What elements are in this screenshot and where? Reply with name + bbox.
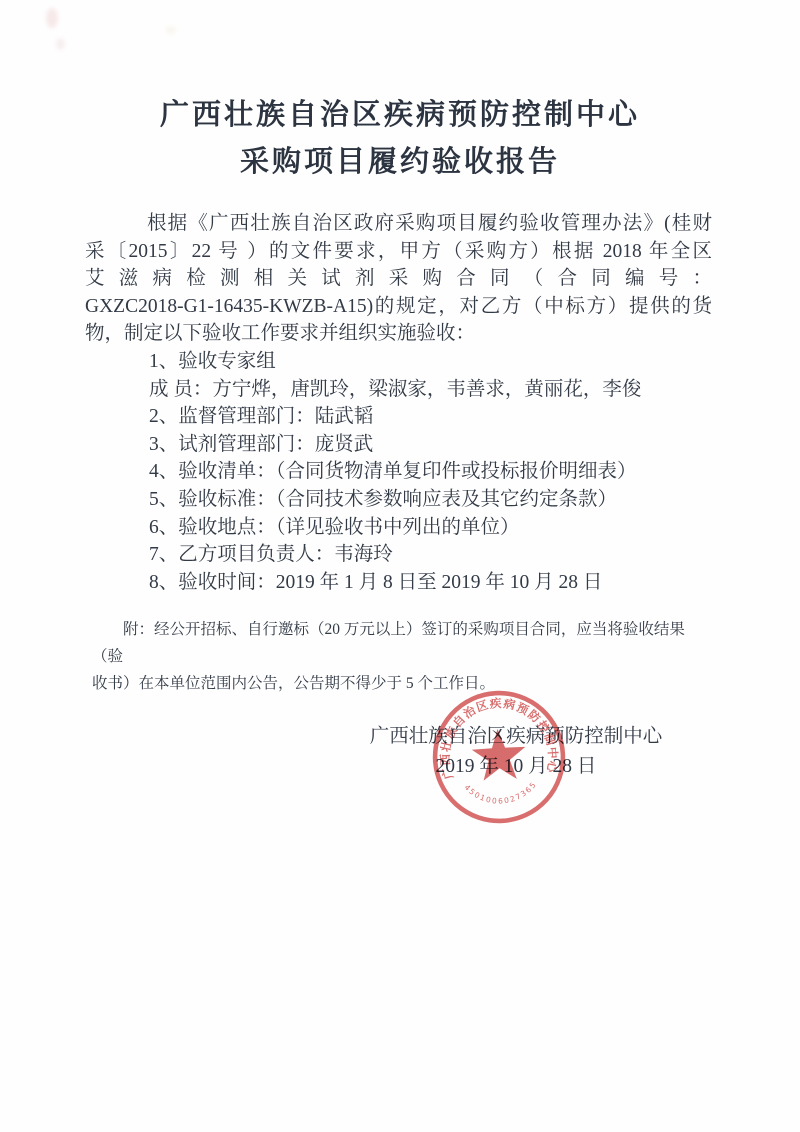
seal-serial-text-path: 4501006027365 bbox=[462, 779, 539, 807]
paragraph-line: GXZC2018-G1-16435-KWZB-A15)的规定，对乙方（中标方）提… bbox=[85, 293, 712, 321]
list-item-acceptance-standard: 5、验收标准：（合同技术参数响应表及其它约定条款） bbox=[85, 486, 712, 514]
official-seal: 广西壮族自治区疾病预防控制中心 4501006027365 bbox=[412, 670, 586, 844]
note-line: 收书）在本单位范围内公告，公告期不得少于 5 个工作日。 bbox=[92, 670, 712, 697]
list-item-members: 成 员：方宁烨，唐凯玲，梁淑家，韦善求，黄丽花，李俊 bbox=[85, 376, 712, 404]
seal-serial-number: 4501006027365 bbox=[462, 779, 539, 807]
note-line: 附：经公开招标、自行邀标（20 万元以上）签订的采购项目合同，应当将验收结果（验 bbox=[92, 616, 712, 670]
list-item-supervision-dept: 2、监督管理部门：陆武韬 bbox=[85, 403, 712, 431]
paragraph-line: 采〔2015〕22 号 ）的文件要求，甲方（采购方）根据 2018 年全区 bbox=[85, 238, 712, 266]
scan-stain-mark bbox=[166, 26, 176, 34]
title-line-1: 广西壮族自治区疾病预防控制中心 bbox=[0, 92, 800, 139]
list-item-acceptance-place: 6、验收地点：（详见验收书中列出的单位） bbox=[85, 514, 712, 542]
paragraph-line: 物，制定以下验收工作要求并组织实施验收： bbox=[85, 320, 712, 348]
paragraph-line: 根据《广西壮族自治区政府采购项目履约验收管理办法》(桂财 bbox=[85, 210, 712, 238]
document-body: 根据《广西壮族自治区政府采购项目履约验收管理办法》(桂财 采〔2015〕22 号… bbox=[85, 210, 712, 596]
scan-stain-mark bbox=[46, 8, 58, 28]
document-title: 广西壮族自治区疾病预防控制中心 采购项目履约验收报告 bbox=[0, 0, 800, 186]
list-item-expert-group: 1、验收专家组 bbox=[85, 348, 712, 376]
list-item-reagent-dept: 3、试剂管理部门：庞贤武 bbox=[85, 431, 712, 459]
list-item-party-b-manager: 7、乙方项目负责人：韦海玲 bbox=[85, 541, 712, 569]
list-item-acceptance-list: 4、验收清单：（合同货物清单复印件或投标报价明细表） bbox=[85, 458, 712, 486]
document-page: 广西壮族自治区疾病预防控制中心 采购项目履约验收报告 根据《广西壮族自治区政府采… bbox=[0, 0, 800, 1132]
scan-stain-mark bbox=[56, 38, 65, 50]
list-item-acceptance-time: 8、验收时间：2019 年 1 月 8 日至 2019 年 10 月 28 日 bbox=[85, 569, 712, 597]
seal-star-icon bbox=[471, 727, 527, 781]
title-line-2: 采购项目履约验收报告 bbox=[0, 139, 800, 186]
paragraph-line: 艾滋病检测相关试剂采购合同（合同编号： bbox=[85, 265, 712, 293]
attachment-note: 附：经公开招标、自行邀标（20 万元以上）签订的采购项目合同，应当将验收结果（验… bbox=[92, 616, 712, 697]
